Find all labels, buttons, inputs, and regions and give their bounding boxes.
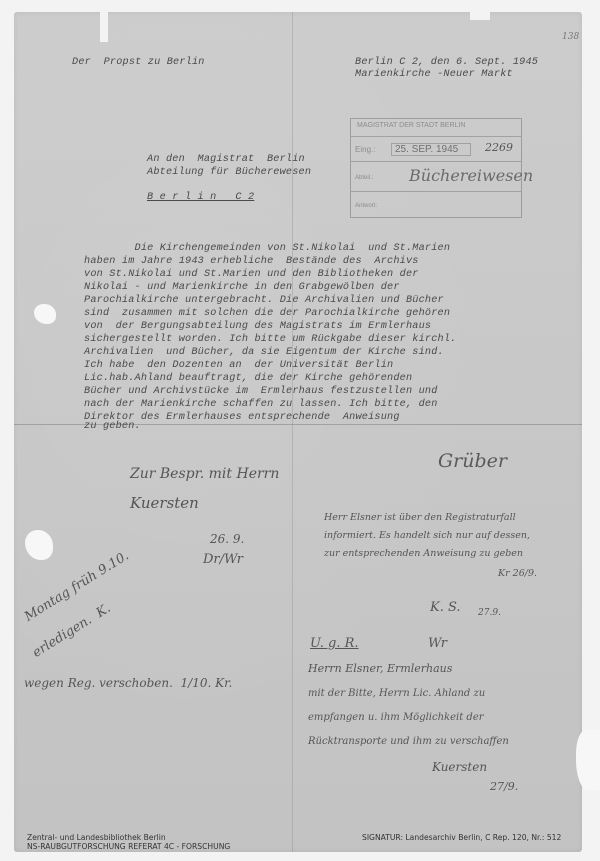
note-left-bottom: wegen Reg. verschoben. 1/10. Kr. <box>24 676 232 690</box>
body-line: zu geben. <box>84 420 141 433</box>
note-left-top: Zur Bespr. mit Herrn <box>130 466 279 482</box>
stamp-received-label: Eing.: <box>355 145 375 154</box>
stamp-number: 2269 <box>485 141 513 154</box>
page-number: 138 <box>562 32 579 42</box>
punch-hole <box>34 304 56 324</box>
note-ref-initials: Wr <box>428 636 447 651</box>
note-right-line: zur entsprechenden Anweisung zu geben <box>324 548 523 559</box>
body-line: von der Bergungsabteilung des Magistrats… <box>84 320 431 333</box>
recipient-city: B e r l i n C 2 <box>147 191 254 204</box>
body-line: Nikolai - und Marienkirche in den Grabge… <box>84 281 400 294</box>
body-line: haben im Jahre 1943 erhebliche Bestände … <box>84 255 419 268</box>
stamp-received-date: 25. SEP. 1945 <box>391 143 471 156</box>
paper-damage <box>576 730 600 790</box>
received-stamp: MAGISTRAT DER STADT BERLIN Eing.: 25. SE… <box>350 118 522 218</box>
body-line: von St.Nikolai und St.Marien und den Bib… <box>84 268 419 281</box>
stamp-footer-label: Antwort: <box>355 203 377 209</box>
note-right-initials: K. S. <box>430 600 461 615</box>
note-left-initials: Dr/Wr <box>203 552 243 567</box>
note-right-line: informiert. Es handelt sich nur auf dess… <box>324 530 530 541</box>
note-right-date-bottom: 27/9. <box>490 780 518 793</box>
signature: Grüber <box>438 450 507 472</box>
note-left-name: Kuersten <box>130 494 199 512</box>
note-ref: U. g. R. <box>310 636 359 651</box>
sender: Der Propst zu Berlin <box>72 56 205 69</box>
fold-line <box>292 12 293 852</box>
body-line: Parochialkirche untergebracht. Die Archi… <box>84 294 444 307</box>
paper-tear <box>100 12 108 42</box>
stamp-header: MAGISTRAT DER STADT BERLIN <box>357 122 465 129</box>
footer-signature: SIGNATUR: Landesarchiv Berlin, C Rep. 12… <box>362 833 561 842</box>
address-line: Marienkirche -Neuer Markt <box>355 68 513 81</box>
paper-tear <box>470 12 490 20</box>
body-line: Ich habe den Dozenten an der Universität… <box>84 359 393 372</box>
body-line: Die Kirchengemeinden von St.Nikolai und … <box>84 242 450 255</box>
body-line: sind zusammen mit solchen die der Paroch… <box>84 307 450 320</box>
footer-library-name: Zentral- und Landesbibliothek Berlin <box>27 833 166 842</box>
note-right-body: empfangen u. ihm Möglichkeit der <box>308 712 484 723</box>
note-right-initials-date: 27.9. <box>478 608 501 618</box>
body-line: sichergestellt worden. Ich bitte um Rück… <box>84 333 457 346</box>
footer-library: Zentral- und Landesbibliothek Berlin NS-… <box>27 833 230 851</box>
note-right-body: Rücktransporte und ihm zu verschaffen <box>308 736 509 747</box>
stamp-department-value: Büchereiwesen <box>409 166 533 185</box>
recipient-line-2: Abteilung für Bücherewesen <box>147 166 311 179</box>
body-line: Bücher und Archivstücke im Ermlerhaus fe… <box>84 385 438 398</box>
note-right-line: Herr Elsner ist über den Registraturfall <box>324 512 516 523</box>
note-right-signature: Kuersten <box>432 760 487 774</box>
recipient-line-1: An den Magistrat Berlin <box>147 153 305 166</box>
stamp-department-label: Abteil.: <box>355 175 373 181</box>
note-right-body: Herrn Elsner, Ermlerhaus <box>308 662 452 675</box>
note-left-date: 26. 9. <box>210 532 244 546</box>
note-right-body: mit der Bitte, Herrn Lic. Ahland zu <box>308 688 485 699</box>
body-line: nach der Marienkirche schaffen zu lassen… <box>84 398 438 411</box>
body-line: Archivalien und Bücher, da sie Eigentum … <box>84 346 444 359</box>
footer-department: NS-RAUBGUTFORSCHUNG REFERAT 4C - FORSCHU… <box>27 842 230 851</box>
note-right-date: Kr 26/9. <box>498 568 537 579</box>
body-line: Lic.hab.Ahland beauftragt, die der Kirch… <box>84 372 412 385</box>
